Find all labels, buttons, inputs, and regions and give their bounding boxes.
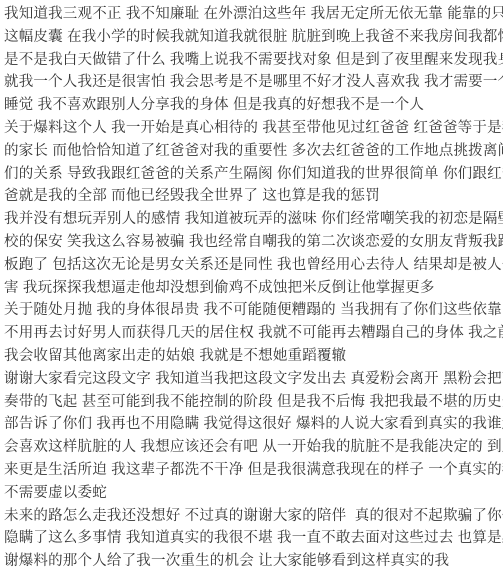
text-line: 我知道我三观不正 我不知廉耻 在外漂泊这些年 我居无定所无依无靠 能靠的只有 <box>4 3 503 26</box>
text-line: 我并没有想玩弄别人的感情 我知道被玩弄的滋味 你们经常嘲笑我的初恋是隔壁学 <box>4 208 503 231</box>
text-line: 谢爆料的那个人给了我一次重生的机会 让大家能够看到这样真实的我 <box>4 550 503 573</box>
post-text: 我知道我三观不正 我不知廉耻 在外漂泊这些年 我居无定所无依无靠 能靠的只有这幅… <box>0 0 503 574</box>
text-line: 睡觉 我不喜欢跟别人分享我的身体 但是我真的好想我不是一个人 <box>4 94 503 117</box>
text-line: 我会收留其他离家出走的姑娘 我就是不想她重蹈覆辙 <box>4 345 503 368</box>
text-line: 是不是我白天做错了什么 我嘴上说我不需要找对象 但是到了夜里醒来发现我身边 <box>4 49 503 72</box>
text-line: 这幅皮囊 在我小学的时候我就知道我就很脏 肮脏到晚上我爸不来我房间我都怀疑 <box>4 26 503 49</box>
text-line: 关于爆料这个人 我一开始是真心相待的 我甚至带他见过红爸爸 红爸爸等于是我 <box>4 117 503 140</box>
text-line: 隐瞒了这么多事情 我知道真实的我很不堪 我一直不敢去面对这些过去 也算是感 <box>4 527 503 550</box>
text-line: 谢谢大家看完这段文字 我知道当我把这段文字发出去 真爱粉会离开 黑粉会把节 <box>4 368 503 391</box>
text-line: 不需要虚以委蛇 <box>4 482 503 505</box>
text-line: 板跑了 包括这次无论是男女关系还是同性 我也曾经用心去待人 结果却是被人伤 <box>4 254 503 277</box>
text-line: 未来的路怎么走我还没想好 不过真的谢谢大家的陪伴 真的很对不起欺骗了你们 <box>4 505 503 528</box>
text-line: 们的关系 导致我跟红爸爸的关系产生隔阂 你们知道我的世界很简单 你们跟红爸 <box>4 163 503 186</box>
text-line: 害 我玩探探我想逼走他却没想到偷鸡不成蚀把米反倒让他掌握更多 <box>4 277 503 300</box>
text-line: 奏带的飞起 甚至可能到我不能控制的阶段 但是我不后悔 我把我最不堪的历史全 <box>4 391 503 414</box>
text-line: 的家长 而他恰恰知道了红爸爸对我的重要性 多次去红爸爸的工作地点挑拨离间我 <box>4 140 503 163</box>
text-line: 部告诉了你们 我再也不用隐瞒 我觉得这很好 爆料的人说大家看到真实的我谁还 <box>4 413 503 436</box>
text-line: 关于随处月抛 我的身体很昂贵 我不可能随便糟蹋的 当我拥有了你们这些依靠 我 <box>4 299 503 322</box>
text-line: 就我一个人我还是很害怕 我会思考是不是哪里不好才没人喜欢我 我才需要一个人 <box>4 71 503 94</box>
text-line: 来更是生活所迫 我这辈子都洗不干净 但是我很满意我现在的样子 一个真实的我 <box>4 459 503 482</box>
text-line: 爸就是我的全部 而他已经毁我全世界了 这也算是我的惩罚 <box>4 185 503 208</box>
text-line: 会喜欢这样肮脏的人 我想应该还会有吧 从一开始我的肮脏不是我能决定的 到后 <box>4 436 503 459</box>
text-line: 不用再去讨好男人而获得几天的居住权 我就不可能再去糟蹋自己的身体 我之前说 <box>4 322 503 345</box>
text-line: 校的保安 笑我这么容易被骗 我也经常自嘲我的第二次谈恋爱的女朋友背叛我跟老 <box>4 231 503 254</box>
